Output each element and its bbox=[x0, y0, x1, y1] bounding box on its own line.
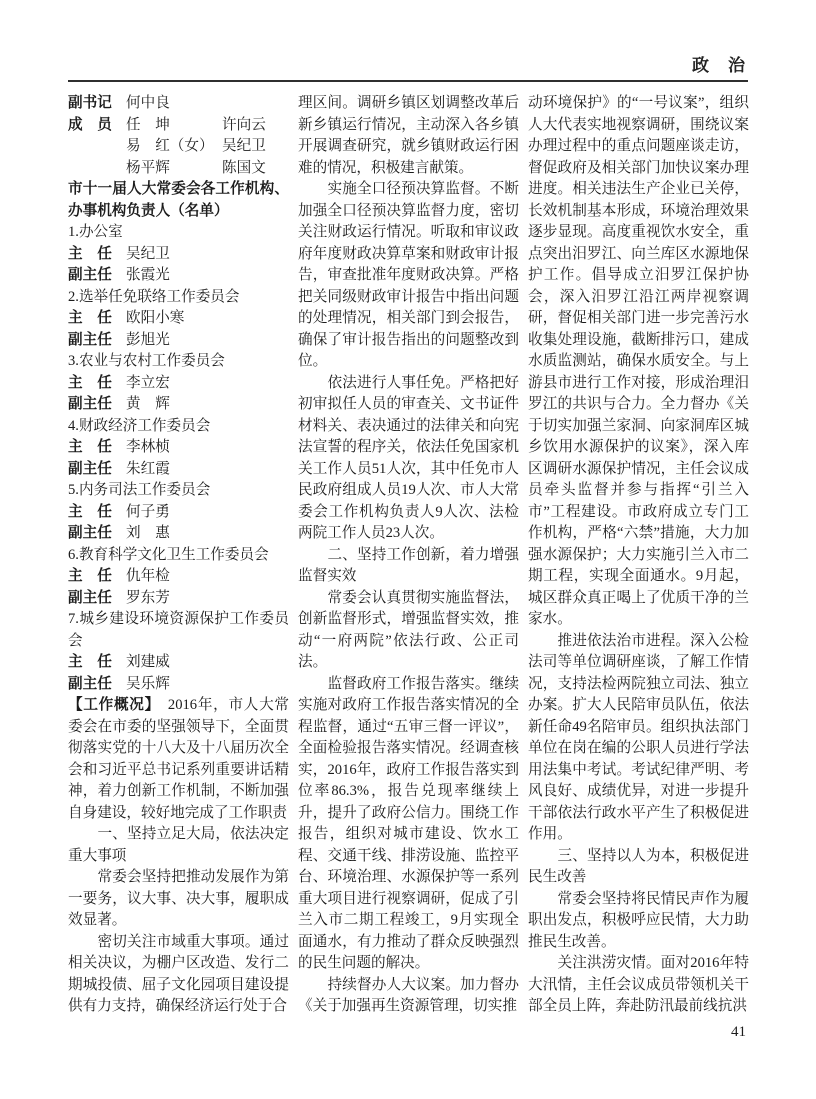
body-paragraph: 持续督办人大议案。加力督办《关于加强再生资源管理，切实推 bbox=[298, 975, 519, 1018]
header-rule bbox=[68, 80, 748, 82]
org-group: 1.办公室 主 任 吴纪卫 副主任 张霞光 bbox=[68, 222, 289, 287]
body-paragraph: 关注洪涝灾情。面对2016年特大汛情，主任会议成员带领机关干部全员上阵，奔赴防汛… bbox=[528, 953, 749, 1018]
org-name: 2.选举任免联络工作委员会 bbox=[68, 287, 289, 309]
member-name: 吴纪卫 bbox=[126, 244, 289, 266]
column-middle: 理区间。调研乡镇区划调整改革后新乡镇运行情况，主动深入各乡镇开展调查研究，就乡镇… bbox=[298, 93, 519, 1018]
member-name: 许向云 bbox=[222, 115, 289, 137]
member-name: 吴纪卫 bbox=[222, 136, 289, 158]
member-name: 何中良 bbox=[126, 93, 222, 115]
member-name: 李林桢 bbox=[126, 437, 289, 459]
role-label: 副主任 bbox=[68, 459, 126, 481]
body-paragraph: 依法进行人事任免。严格把好初审拟任人员的审查关、文书证件材料关、表决通过的法律关… bbox=[298, 373, 519, 545]
member-name: 刘建威 bbox=[126, 652, 289, 674]
org-list-title: 市十一届人大常委会各工作机构、办事机构负责人（名单） bbox=[68, 179, 289, 222]
org-member-row: 主 任 吴纪卫 bbox=[68, 244, 289, 266]
org-member-row: 主 任 仇年检 bbox=[68, 566, 289, 588]
member-name: 仇年检 bbox=[126, 566, 289, 588]
role-label: 副主任 bbox=[68, 674, 126, 696]
role-label: 主 任 bbox=[68, 652, 126, 674]
right-paragraphs: 动环境保护》的“一号议案”，组织人大代表实地视察调研，围绕议案办理过程中的重点问… bbox=[528, 93, 749, 1018]
column-right: 动环境保护》的“一号议案”，组织人大代表实地视察调研，围绕议案办理过程中的重点问… bbox=[528, 93, 749, 1018]
role-label: 副主任 bbox=[68, 265, 126, 287]
org-member-row: 副主任 彭旭光 bbox=[68, 330, 289, 352]
document-page: 政 治 副书记 何中良 成 员 任 坤 许向云 易 红（女） 吴纪卫 杨平辉 陈… bbox=[0, 0, 816, 1099]
role-label: 主 任 bbox=[68, 437, 126, 459]
body-paragraph: 密切关注市域重大事项。通过相关决议，为棚户区改造、发行二期城投债、屈子文化园项目… bbox=[68, 932, 289, 1018]
body-paragraph: 动环境保护》的“一号议案”，组织人大代表实地视察调研，围绕议案办理过程中的重点问… bbox=[528, 93, 749, 631]
role-label: 副主任 bbox=[68, 330, 126, 352]
body-paragraph: 常委会认真贯彻实施监督法，创新监督形式，增强监督实效，推动“一府两院”依法行政、… bbox=[298, 588, 519, 674]
body-paragraph: 一、坚持立足大局，依法决定重大事项 bbox=[68, 824, 289, 867]
role-label: 成 员 bbox=[68, 115, 126, 137]
org-name: 4.财政经济工作委员会 bbox=[68, 416, 289, 438]
org-member-row: 主 任 何子勇 bbox=[68, 502, 289, 524]
org-member-row: 主 任 李林桢 bbox=[68, 437, 289, 459]
running-head-section-label: 政 治 bbox=[692, 51, 746, 76]
org-name: 7.城乡建设环境资源保护工作委员会 bbox=[68, 609, 289, 652]
body-paragraph: 二、坚持工作创新，着力增强监督实效 bbox=[298, 545, 519, 588]
roster-row: 成 员 任 坤 许向云 bbox=[68, 115, 289, 137]
member-name: 彭旭光 bbox=[126, 330, 289, 352]
left-paragraphs: 一、坚持立足大局，依法决定重大事项 常委会坚持把推动发展作为第一要务，议大事、决… bbox=[68, 824, 289, 1018]
member-name: 黄 辉 bbox=[126, 394, 289, 416]
member-name: 何子勇 bbox=[126, 502, 289, 524]
role-label: 主 任 bbox=[68, 566, 126, 588]
org-name: 1.办公室 bbox=[68, 222, 289, 244]
member-name: 李立宏 bbox=[126, 373, 289, 395]
org-member-row: 副主任 刘 惠 bbox=[68, 523, 289, 545]
overview-text: 2016年，市人大常委会在市委的坚强领导下，全面贯彻落实党的十八大及十八届历次全… bbox=[68, 697, 289, 821]
role-label: 主 任 bbox=[68, 244, 126, 266]
org-member-row: 副主任 张霞光 bbox=[68, 265, 289, 287]
org-group: 3.农业与农村工作委员会 主 任 李立宏 副主任 黄 辉 bbox=[68, 351, 289, 416]
role-label bbox=[68, 158, 126, 180]
roster-row: 副书记 何中良 bbox=[68, 93, 289, 115]
member-name bbox=[222, 93, 289, 115]
member-name: 刘 惠 bbox=[126, 523, 289, 545]
member-name: 罗东芳 bbox=[126, 588, 289, 610]
org-group: 4.财政经济工作委员会 主 任 李林桢 副主任 朱红霞 bbox=[68, 416, 289, 481]
roster-row: 易 红（女） 吴纪卫 bbox=[68, 136, 289, 158]
org-name: 5.内务司法工作委员会 bbox=[68, 480, 289, 502]
role-label: 主 任 bbox=[68, 373, 126, 395]
member-name: 杨平辉 bbox=[126, 158, 222, 180]
overview-bracket-label: 【工作概况】 bbox=[68, 697, 153, 713]
org-member-row: 副主任 罗东芳 bbox=[68, 588, 289, 610]
org-member-row: 主 任 李立宏 bbox=[68, 373, 289, 395]
body-paragraph: 常委会坚持将民情民声作为履职出发点，积极呼应民情，大力助推民生改善。 bbox=[528, 889, 749, 954]
member-name: 朱红霞 bbox=[126, 459, 289, 481]
role-label: 副主任 bbox=[68, 523, 126, 545]
org-group: 6.教育科学文化卫生工作委员会 主 任 仇年检 副主任 罗东芳 bbox=[68, 545, 289, 610]
role-label: 主 任 bbox=[68, 308, 126, 330]
page-number: 41 bbox=[731, 1024, 746, 1041]
org-group: 7.城乡建设环境资源保护工作委员会 主 任 刘建威 副主任 吴乐辉 bbox=[68, 609, 289, 695]
body-paragraph: 监督政府工作报告落实。继续实施对政府工作报告落实情况的全程监督，通过“五审三督一… bbox=[298, 674, 519, 975]
org-group: 5.内务司法工作委员会 主 任 何子勇 副主任 刘 惠 bbox=[68, 480, 289, 545]
member-name: 陈国文 bbox=[222, 158, 289, 180]
work-overview-paragraph: 【工作概况】 2016年，市人大常委会在市委的坚强领导下，全面贯彻落实党的十八大… bbox=[68, 695, 289, 824]
leadership-roster: 副书记 何中良 成 员 任 坤 许向云 易 红（女） 吴纪卫 杨平辉 陈国文 bbox=[68, 93, 289, 179]
member-name: 易 红（女） bbox=[126, 136, 222, 158]
org-name: 6.教育科学文化卫生工作委员会 bbox=[68, 545, 289, 567]
body-paragraph: 理区间。调研乡镇区划调整改革后新乡镇运行情况，主动深入各乡镇开展调查研究，就乡镇… bbox=[298, 93, 519, 179]
org-name: 3.农业与农村工作委员会 bbox=[68, 351, 289, 373]
org-groups: 1.办公室 主 任 吴纪卫 副主任 张霞光 2.选举任免联络工作委员会 主 任 … bbox=[68, 222, 289, 695]
org-member-row: 副主任 朱红霞 bbox=[68, 459, 289, 481]
role-label: 副主任 bbox=[68, 394, 126, 416]
column-left: 副书记 何中良 成 员 任 坤 许向云 易 红（女） 吴纪卫 杨平辉 陈国文 市… bbox=[68, 93, 289, 1018]
body-paragraph: 常委会坚持把推动发展作为第一要务，议大事、决大事，履职成效显著。 bbox=[68, 867, 289, 932]
roster-row: 杨平辉 陈国文 bbox=[68, 158, 289, 180]
org-member-row: 副主任 黄 辉 bbox=[68, 394, 289, 416]
body-paragraph: 推进依法治市进程。深入公检法司等单位调研座谈，了解工作情况，支持法检两院独立司法… bbox=[528, 631, 749, 846]
member-name: 吴乐辉 bbox=[126, 674, 289, 696]
org-member-row: 副主任 吴乐辉 bbox=[68, 674, 289, 696]
member-name: 任 坤 bbox=[126, 115, 222, 137]
org-member-row: 主 任 刘建威 bbox=[68, 652, 289, 674]
role-label bbox=[68, 136, 126, 158]
body-paragraph: 三、坚持以人为本，积极促进民生改善 bbox=[528, 846, 749, 889]
org-group: 2.选举任免联络工作委员会 主 任 欧阳小寒 副主任 彭旭光 bbox=[68, 287, 289, 352]
middle-paragraphs: 理区间。调研乡镇区划调整改革后新乡镇运行情况，主动深入各乡镇开展调查研究，就乡镇… bbox=[298, 93, 519, 1018]
member-name: 张霞光 bbox=[126, 265, 289, 287]
role-label: 副书记 bbox=[68, 93, 126, 115]
org-member-row: 主 任 欧阳小寒 bbox=[68, 308, 289, 330]
body-paragraph: 实施全口径预决算监督。不断加强全口径预决算监督力度，密切关注财政运行情况。听取和… bbox=[298, 179, 519, 373]
role-label: 主 任 bbox=[68, 502, 126, 524]
role-label: 副主任 bbox=[68, 588, 126, 610]
member-name: 欧阳小寒 bbox=[126, 308, 289, 330]
